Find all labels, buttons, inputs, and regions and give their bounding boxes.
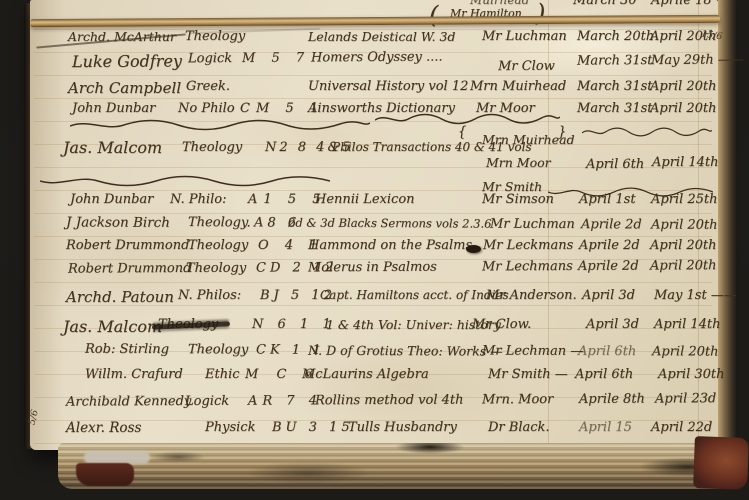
student-name: Jas. Malcom bbox=[63, 138, 162, 157]
student-name: John Dunbar bbox=[72, 101, 155, 116]
group-brace-close: } bbox=[558, 126, 566, 140]
professor-name: Mr Lechman — bbox=[482, 343, 583, 358]
shelf-code: M 5 7 bbox=[242, 50, 310, 65]
student-name: Archd. Patoun bbox=[66, 288, 174, 306]
register-row: Robert Drummond Theology O 4 1 Hammond o… bbox=[30, 238, 718, 260]
date-borrowed: April 6th bbox=[586, 157, 644, 172]
date-borrowed: March 20th bbox=[577, 29, 654, 44]
class-subject: No Philo bbox=[178, 101, 235, 116]
date-returned: April 30th bbox=[658, 367, 725, 382]
register-row-partial: Muirhead ( Mr Hamilton ) March 30 Aprile… bbox=[30, 0, 718, 14]
register-row: Archibald Kennedy Logick AR 7 4 Rollins … bbox=[30, 391, 718, 417]
professor-name: Mr Smith — bbox=[488, 367, 568, 382]
date-returned: May 29th —— bbox=[651, 52, 744, 68]
register-row: J Jackson Birch Theology. A8 6 2d & 3d B… bbox=[30, 214, 718, 240]
register-row: Arch Campbell Greek. Universal History v… bbox=[30, 79, 718, 101]
student-name: Rob: Stirling bbox=[85, 342, 169, 357]
shelf-code: AR 7 4 bbox=[248, 393, 322, 408]
date-returned: April 20th bbox=[650, 79, 717, 94]
class-subject: N. Philo: bbox=[170, 192, 226, 207]
book-title: N. D of Grotius Theo: Works — bbox=[308, 343, 503, 359]
class-subject: Theology bbox=[186, 261, 246, 276]
student-name: John Dunbar bbox=[70, 192, 153, 207]
book-title: Ainsworths Dictionary bbox=[308, 101, 455, 116]
book-cover-corner-right bbox=[693, 436, 749, 490]
professor-name: Mr Clow bbox=[498, 59, 555, 74]
professor-name: Muirhead bbox=[470, 0, 529, 7]
date-returned: April 20th bbox=[650, 238, 717, 253]
class-subject: Logick bbox=[188, 51, 232, 66]
book-title: 2d & 3d Blacks Sermons vols 2.3.6 bbox=[288, 216, 491, 231]
date-returned: April 20th bbox=[651, 217, 718, 232]
date-borrowed: Aprile 8th bbox=[579, 392, 645, 407]
date-borrowed: Aprile 2d bbox=[578, 259, 639, 274]
shelf-code: N 6 1 1 bbox=[252, 317, 336, 332]
ink-blot bbox=[466, 245, 481, 253]
date-returned: April 14th bbox=[654, 317, 721, 332]
paren-open-glyph: ( bbox=[429, 1, 438, 29]
class-subject: Theology bbox=[188, 342, 248, 357]
professor-name: Mr Lechmans bbox=[482, 259, 573, 274]
date-borrowed: March 31st bbox=[577, 101, 653, 116]
register-row: John Dunbar No Philo CM 5 1 Ainsworths D… bbox=[30, 101, 718, 123]
date-borrowed: April 15 bbox=[579, 420, 632, 435]
student-name: Alexr. Ross bbox=[66, 420, 141, 436]
date-borrowed: March 30 bbox=[573, 0, 637, 8]
class-subject: Theology. bbox=[188, 215, 251, 230]
date-returned: April 25th bbox=[651, 192, 718, 207]
date-borrowed: April 6th bbox=[575, 367, 633, 382]
student-name: Arch Campbell bbox=[68, 79, 181, 97]
class-subject: Theology bbox=[188, 238, 248, 253]
book-title: Rollins method vol 4th bbox=[315, 393, 464, 409]
student-name: Luke Godfrey bbox=[72, 51, 182, 71]
professor-name: Mr Simson bbox=[482, 192, 554, 207]
date-borrowed: April 1st bbox=[579, 192, 636, 207]
book-title: Molerus in Psalmos bbox=[308, 260, 437, 276]
register-row: Jas. Malcom Theology N 6 1 1 1 & 4th Vol… bbox=[30, 317, 718, 339]
professor-name: Mr Anderson. bbox=[486, 288, 577, 303]
professor-name: Mr Moor bbox=[476, 101, 535, 116]
student-name: Jas. Malcom bbox=[63, 317, 162, 336]
professor-name: Mr Luchman bbox=[490, 217, 575, 232]
register-row: Robert Drummond Theology CD 2 12 Molerus… bbox=[30, 258, 718, 284]
class-subject: Logick bbox=[185, 394, 229, 409]
date-borrowed: Aprile 2d bbox=[581, 217, 642, 232]
professor-name: Mr Leckmans bbox=[483, 238, 573, 253]
date-returned: April 20th bbox=[650, 101, 717, 116]
date-borrowed: April 6th bbox=[578, 344, 636, 359]
student-name: J Jackson Birch bbox=[66, 214, 170, 231]
class-subject: Greek. bbox=[186, 79, 230, 94]
class-subject: Theology bbox=[185, 29, 245, 44]
professor-name: Mrn Moor bbox=[486, 155, 551, 170]
book-title: Lelands Deistical W. 3d bbox=[308, 29, 455, 44]
professor-name: Mr Luchman bbox=[482, 29, 567, 44]
book-title: Capt. Hamiltons acct. of Indies bbox=[320, 288, 509, 302]
book-title: Universal History vol 12 bbox=[308, 79, 468, 94]
student-name: Robert Drummond bbox=[66, 238, 189, 253]
date-returned: April 20th bbox=[652, 344, 719, 359]
book-title: Homers Odyssey .... bbox=[311, 50, 443, 66]
book-title: Tulls Husbandry bbox=[348, 420, 457, 435]
student-name: Robert Drummond bbox=[68, 261, 191, 277]
book-title: Hammond on the Psalms bbox=[308, 238, 472, 253]
student-name: Willm. Crafurd bbox=[85, 367, 183, 382]
date-returned: April 20th bbox=[650, 258, 717, 273]
student-name: Archd. McArthur bbox=[68, 29, 176, 44]
book-cover-corner-left bbox=[76, 463, 134, 486]
register-row: Archd. Patoun N. Philos: BJ 5 12 Capt. H… bbox=[30, 288, 718, 310]
date-returned: April 22d bbox=[651, 420, 712, 435]
date-returned: May 1st —— bbox=[654, 288, 737, 303]
group-brace-open: { bbox=[458, 126, 466, 140]
date-borrowed: April 3d bbox=[582, 288, 635, 303]
book-fore-edge bbox=[58, 443, 742, 489]
date-borrowed: Aprile 2d bbox=[579, 238, 640, 253]
date-borrowed: March 31st bbox=[577, 53, 653, 69]
professor-name: Mrn Muirhead bbox=[470, 79, 566, 94]
register-row: Alexr. Ross Physick BU 3 15 Tulls Husban… bbox=[30, 420, 718, 442]
class-subject: Theology bbox=[182, 140, 242, 155]
date-returned: April 23d bbox=[655, 391, 716, 406]
date-borrowed: March 31st bbox=[577, 79, 653, 94]
student-name: Archibald Kennedy bbox=[66, 394, 191, 410]
professor-name: Dr Black. bbox=[488, 420, 550, 435]
class-subject: N. Philos: bbox=[178, 288, 241, 303]
class-subject-struck: Theology bbox=[158, 317, 218, 332]
register-row: Willm. Crafurd Ethic M C 6 McLaurins Alg… bbox=[30, 367, 718, 389]
shelf-code: BU 3 15 bbox=[272, 420, 354, 435]
book-title: Hennii Lexicon bbox=[315, 192, 415, 207]
class-subject: Physick bbox=[205, 420, 255, 435]
register-row: John Dunbar N. Philo: A1 5 5 Hennii Lexi… bbox=[30, 192, 718, 214]
register-row: Rob: Stirling Theology CK 1 1 N. D of Gr… bbox=[30, 341, 718, 366]
date-borrowed: April 3d bbox=[586, 317, 639, 332]
professor-name: Mrn. Moor bbox=[482, 392, 553, 407]
date-returned: April 14th bbox=[652, 155, 719, 170]
register-photo: Muirhead ( Mr Hamilton ) March 30 Aprile… bbox=[0, 0, 749, 500]
book-title: McLaurins Algebra bbox=[302, 367, 429, 382]
date-returned: Aprile 18 bbox=[651, 0, 712, 8]
professor-name: Mr Clow. bbox=[472, 317, 531, 332]
class-subject: Ethic bbox=[205, 367, 240, 382]
